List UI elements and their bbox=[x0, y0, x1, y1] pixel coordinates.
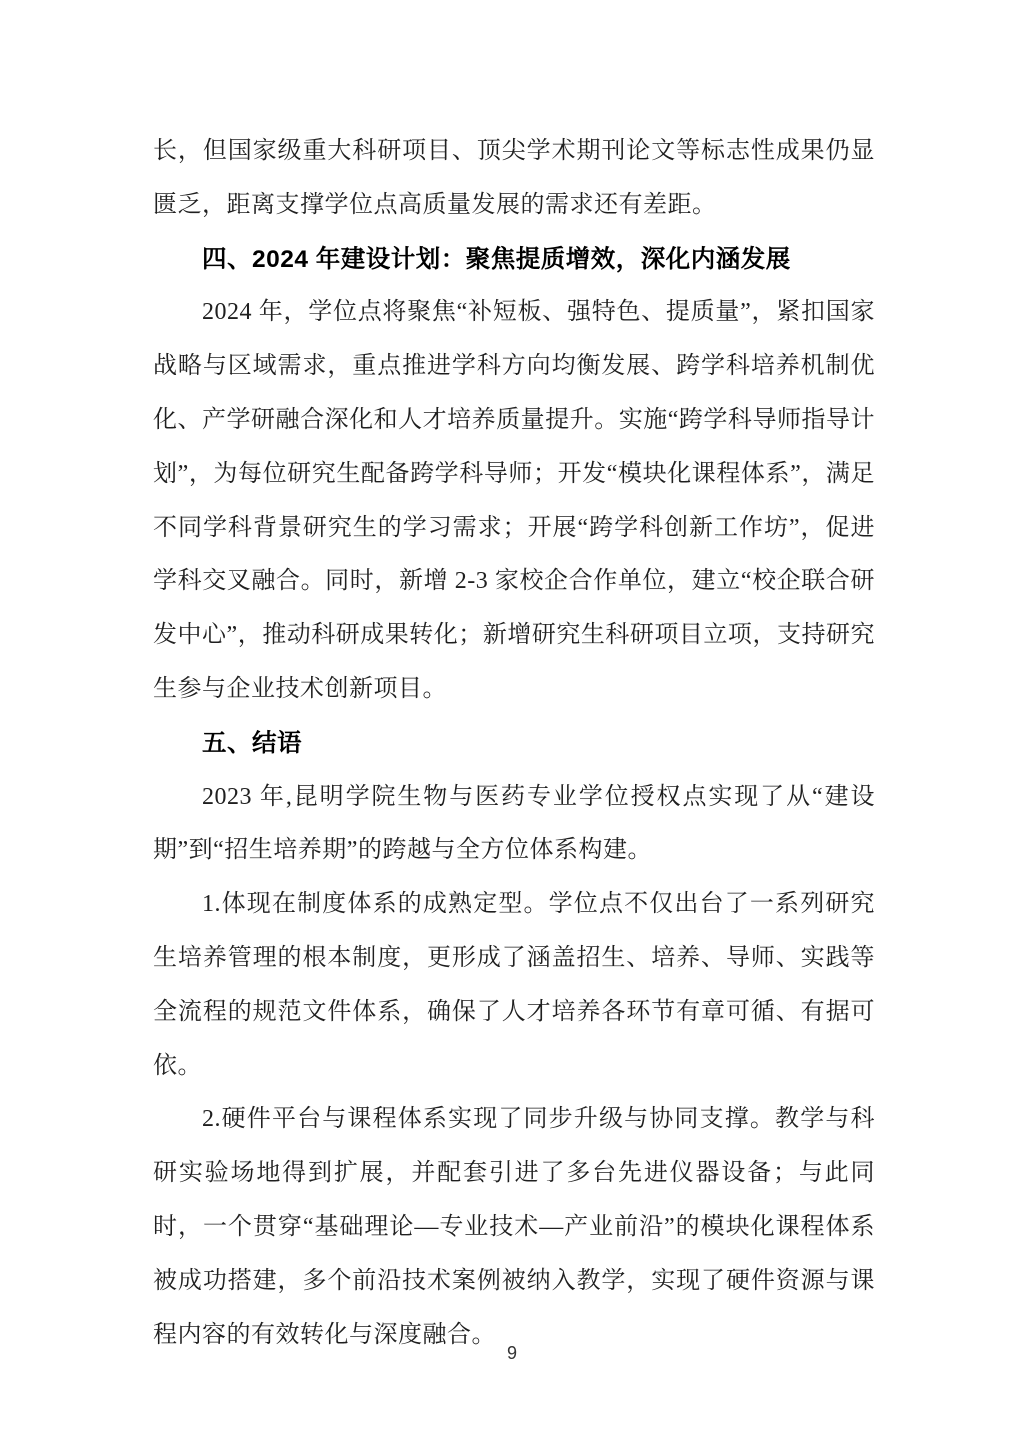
section-heading-conclusion: 五、结语 bbox=[153, 717, 875, 771]
paragraph-conclusion-point-2: 2.硬件平台与课程体系实现了同步升级与协同支撑。教学与科研实验场地得到扩展，并配… bbox=[153, 1093, 875, 1362]
paragraph-conclusion-intro: 2023 年,昆明学院生物与医药专业学位授权点实现了从“建设期”到“招生培养期”… bbox=[153, 771, 875, 879]
paragraph-conclusion-point-1: 1.体现在制度体系的成熟定型。学位点不仅出台了一系列研究生培养管理的根本制度，更… bbox=[153, 878, 875, 1093]
section-heading-2024-plan: 四、2024 年建设计划：聚焦提质增效，深化内涵发展 bbox=[153, 233, 875, 287]
page-number: 9 bbox=[0, 1338, 1024, 1368]
document-page: 长，但国家级重大科研项目、顶尖学术期刊论文等标志性成果仍显匮乏，距离支撑学位点高… bbox=[0, 0, 1024, 1448]
paragraph-continuation: 长，但国家级重大科研项目、顶尖学术期刊论文等标志性成果仍显匮乏，距离支撑学位点高… bbox=[153, 125, 875, 233]
document-body: 长，但国家级重大科研项目、顶尖学术期刊论文等标志性成果仍显匮乏，距离支撑学位点高… bbox=[153, 125, 875, 1362]
paragraph-2024-plan: 2024 年，学位点将聚焦“补短板、强特色、提质量”，紧扣国家战略与区域需求，重… bbox=[153, 286, 875, 716]
